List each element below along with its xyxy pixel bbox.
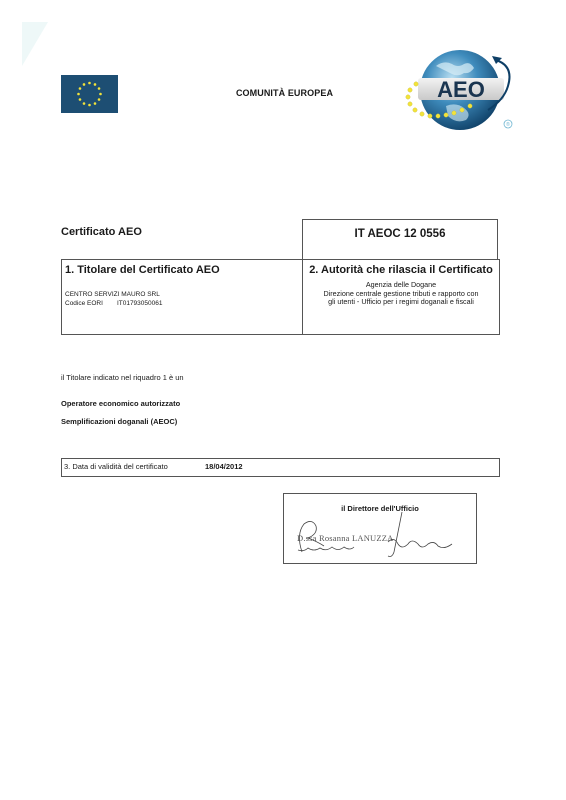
authority-heading: 2. Autorità che rilascia il Certificato xyxy=(303,264,499,276)
certificate-number: IT AEOC 12 0556 xyxy=(303,228,497,240)
certificate-title: Certificato AEO xyxy=(61,226,142,238)
eori-value: IT01793050061 xyxy=(117,300,163,307)
validity-box: 3. Data di validità del certificato 18/0… xyxy=(61,458,500,477)
svg-text:AEO: AEO xyxy=(437,77,485,102)
handwritten-signature xyxy=(284,494,478,565)
authority-line: gli utenti - Ufficio per i regimi dogana… xyxy=(303,298,499,307)
status-type: Operatore economico autorizzato xyxy=(61,399,180,408)
validity-date: 18/04/2012 xyxy=(205,462,243,471)
eori-label: Codice EORI xyxy=(65,300,103,307)
holder-eori: Codice EORIIT01793050061 xyxy=(65,300,176,307)
director-signature-box: il Direttore dell'Ufficio D.ssa Rosanna … xyxy=(283,493,477,564)
status-intro: il Titolare indicato nel riquadro 1 è un xyxy=(61,373,184,382)
issuing-authority: 2. Autorità che rilascia il Certificato … xyxy=(303,264,499,307)
validity-label: 3. Data di validità del certificato xyxy=(64,462,168,471)
svg-text:®: ® xyxy=(506,121,510,128)
authority-details: Agenzia delle Dogane Direzione centrale … xyxy=(303,281,499,307)
status-subtype: Semplificazioni doganali (AEOC) xyxy=(61,417,177,426)
holder-heading: 1. Titolare del Certificato AEO xyxy=(65,264,220,276)
holder-name: CENTRO SERVIZI MAURO SRL xyxy=(65,291,160,298)
certificate-number-box: IT AEOC 12 0556 xyxy=(302,219,498,260)
certificate-details-box: 1. Titolare del Certificato AEO CENTRO S… xyxy=(61,259,500,335)
scan-watermark xyxy=(22,22,48,66)
aeo-globe-logo: AEO ® xyxy=(396,44,526,136)
